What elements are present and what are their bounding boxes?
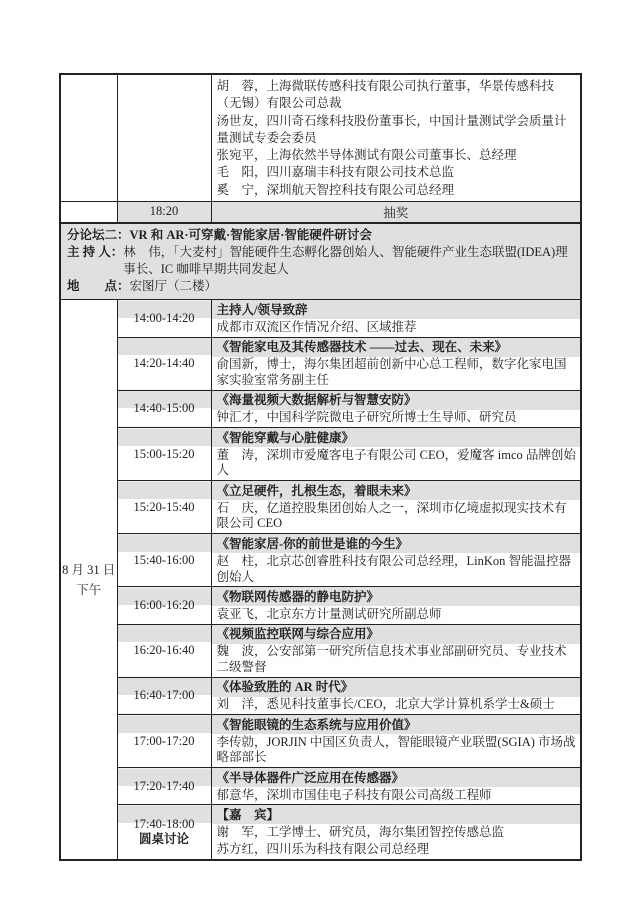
session-time: 14:40-15:00 [120,401,209,416]
session-title: 《半导体器件广泛应用在传感器》 [212,768,581,787]
session-content-cell: 《智能家电及其传感器技术 ——过去、现在、未来》俞国新，博士，海尔集团超前创新中… [211,337,581,390]
carryover-speakers-cell: 胡 蓉，上海微联传感科技有限公司执行董事，华景传感科技（无锡）有限公司总裁汤世友… [211,74,581,202]
session-speaker-line: 成都市双流区作情况介绍、区域推荐 [212,319,581,336]
session-content-cell: 《海量视频大数据解析与智慧安防》钟汇才，中国科学院微电子研究所博士生导师、研究员 [211,390,581,427]
session-speaker-line: 魏 波，公安部第一研究所信息技术事业部副研究员、专业技术二级警督 [212,644,581,677]
forum-title-label: 分论坛二： [67,227,130,244]
date-cell: 8 月 31 日下午 [60,300,117,860]
session-title: 【嘉 宾】 [212,805,581,824]
lottery-label: 抽奖 [211,202,581,223]
session-row: 17:40-18:00圆桌讨论【嘉 宾】谢 军，工学博士、研究员，海尔集团智控传… [60,805,581,860]
session-time: 15:40-16:00 [120,553,209,568]
session-row: 8 月 31 日下午14:00-14:20主持人/领导致辞成都市双流区作情况介绍… [60,300,581,337]
session-content-cell: 《体验致胜的 AR 时代》刘 洋，悉见科技董事长/CEO，北京大学计算机系学士&… [211,677,581,714]
session-content-cell: 《智能穿戴与心脏健康》董 涛，深圳市爱魔客电子有限公司 CEO，爱魔客 imco… [211,428,581,481]
session-title: 《海量视频大数据解析与智慧安防》 [212,391,581,410]
agenda-table: 胡 蓉，上海微联传感科技有限公司执行董事，华景传感科技（无锡）有限公司总裁汤世友… [59,73,582,861]
session-content-cell: 主持人/领导致辞成都市双流区作情况介绍、区域推荐 [211,300,581,337]
session-speaker-line: 苏方红，四川乐为科技有限公司总经理 [212,842,581,859]
forum-venue-line: 地 点： 宏图厅（二楼） [67,278,575,295]
session-time: 15:00-15:20 [120,447,209,462]
lottery-row: 18:20 抽奖 [60,202,581,223]
forum-host-text: 林 伟，「大麦村」智能硬件生态孵化器创始人、智能硬件产业生态联盟(IDEA)理事… [123,244,575,278]
session-time: 17:40-18:00 [120,817,209,832]
session-row: 15:20-15:40《立足硬件，扎根生态，着眼未来》石 庆，亿道控股集团创始人… [60,481,581,534]
session-title: 《智能眼镜的生态系统与应用价值》 [212,715,581,734]
forum-title-line: 分论坛二： VR 和 AR·可穿戴·智能家居·智能硬件研讨会 [67,227,575,244]
session-time: 15:20-15:40 [120,500,209,515]
session-title: 《物联网传感器的静电防护》 [212,587,581,606]
session-row: 17:00-17:20《智能眼镜的生态系统与应用价值》李传勍，JORJIN 中国… [60,715,581,768]
session-speaker-line: 董 涛，深圳市爱魔客电子有限公司 CEO，爱魔客 imco 品牌创始人 [212,447,581,480]
session-time-cell: 16:20-16:40 [117,624,211,677]
session-title: 主持人/领导致辞 [212,300,581,319]
session-speaker-line: 俞国新，博士，海尔集团超前创新中心总工程师，数字化家电国家实验室常务副主任 [212,357,581,390]
session-row: 16:00-16:20《物联网传感器的静电防护》袁亚飞，北京东方计量测试研究所副… [60,587,581,624]
session-content-cell: 《智能家居-你的前世是谁的今生》赵 柱，北京芯创睿胜科技有限公司总经理，LinK… [211,534,581,587]
session-time: 17:20-17:40 [120,779,209,794]
session-speaker-line: 刘 洋，悉见科技董事长/CEO，北京大学计算机系学士&硕士 [212,697,581,714]
session-time: 14:00-14:20 [120,311,209,326]
session-content-cell: 《视频监控联网与综合应用》魏 波，公安部第一研究所信息技术事业部副研究员、专业技… [211,624,581,677]
carryover-date-cell [60,74,117,202]
session-row: 17:20-17:40《半导体器件广泛应用在传感器》郁意华，深圳市国佳电子科技有… [60,768,581,805]
forum-host-line: 主 持 人： 林 伟，「大麦村」智能硬件生态孵化器创始人、智能硬件产业生态联盟(… [67,244,575,278]
forum-venue-text: 宏图厅（二楼） [130,278,575,295]
session-time: 16:20-16:40 [120,643,209,658]
lottery-date-cell [60,202,117,223]
session-time: 16:00-16:20 [120,598,209,613]
session-content-cell: 《立足硬件，扎根生态，着眼未来》石 庆，亿道控股集团创始人之一，深圳市亿境虚拟现… [211,481,581,534]
session-time: 16:40-17:00 [120,688,209,703]
session-row: 14:20-14:40《智能家电及其传感器技术 ——过去、现在、未来》俞国新，博… [60,337,581,390]
session-title: 《体验致胜的 AR 时代》 [212,678,581,697]
carryover-speaker-line: 奚 宁，深圳航天智控科技有限公司总经理 [217,182,577,199]
carryover-time-cell [117,74,211,202]
session-title: 《智能家居-你的前世是谁的今生》 [212,534,581,553]
session-row: 15:00-15:20《智能穿戴与心脏健康》董 涛，深圳市爱魔客电子有限公司 C… [60,428,581,481]
session-speaker-line: 李传勍，JORJIN 中国区负责人，智能眼镜产业联盟(SGIA) 市场战略部部长 [212,734,581,767]
session-row: 14:40-15:00《海量视频大数据解析与智慧安防》钟汇才，中国科学院微电子研… [60,390,581,427]
session-speaker-line: 袁亚飞，北京东方计量测试研究所副总师 [212,606,581,623]
carryover-speaker-line: 张宛平，上海依然半导体测试有限公司董事长、总经理 [217,147,577,164]
session-title: 《智能穿戴与心脏健康》 [212,428,581,447]
session-time-cell: 14:00-14:20 [117,300,211,337]
session-time-cell: 14:20-14:40 [117,337,211,390]
session-speaker-line: 赵 柱，北京芯创睿胜科技有限公司总经理，LinKon 智能温控器创始人 [212,553,581,586]
carryover-speaker-line: 胡 蓉，上海微联传感科技有限公司执行董事，华景传感科技（无锡）有限公司总裁 [217,78,577,113]
forum-header-row: 分论坛二： VR 和 AR·可穿戴·智能家居·智能硬件研讨会 主 持 人： 林 … [60,223,581,300]
session-time-cell: 15:20-15:40 [117,481,211,534]
carryover-row: 胡 蓉，上海微联传感科技有限公司执行董事，华景传感科技（无锡）有限公司总裁汤世友… [60,74,581,202]
session-time-note: 圆桌讨论 [120,832,209,847]
session-content-cell: 《半导体器件广泛应用在传感器》郁意华，深圳市国佳电子科技有限公司高级工程师 [211,768,581,805]
session-content-cell: 【嘉 宾】谢 军，工学博士、研究员，海尔集团智控传感总监苏方红，四川乐为科技有限… [211,805,581,860]
session-time-cell: 17:20-17:40 [117,768,211,805]
date-cell-line2: 下午 [61,580,117,600]
session-row: 16:40-17:00《体验致胜的 AR 时代》刘 洋，悉见科技董事长/CEO，… [60,677,581,714]
lottery-time: 18:20 [117,202,211,223]
session-time-cell: 16:00-16:20 [117,587,211,624]
session-speaker-line: 谢 军，工学博士、研究员，海尔集团智控传感总监 [212,824,581,841]
session-time-cell: 17:40-18:00圆桌讨论 [117,805,211,860]
session-time-cell: 15:00-15:20 [117,428,211,481]
session-speaker-line: 石 庆，亿道控股集团创始人之一，深圳市亿境虚拟现实技术有限公司 CEO [212,500,581,533]
forum-header-cell: 分论坛二： VR 和 AR·可穿戴·智能家居·智能硬件研讨会 主 持 人： 林 … [60,223,581,300]
session-speaker-line: 郁意华，深圳市国佳电子科技有限公司高级工程师 [212,787,581,804]
session-row: 16:20-16:40《视频监控联网与综合应用》魏 波，公安部第一研究所信息技术… [60,624,581,677]
session-speaker-line: 钟汇才，中国科学院微电子研究所博士生导师、研究员 [212,410,581,427]
session-row: 15:40-16:00《智能家居-你的前世是谁的今生》赵 柱，北京芯创睿胜科技有… [60,534,581,587]
document-page: 胡 蓉，上海微联传感科技有限公司执行董事，华景传感科技（无锡）有限公司总裁汤世友… [0,0,640,905]
carryover-speaker-line: 毛 阳，四川嘉瑞丰科技有限公司技术总监 [217,164,577,181]
session-content-cell: 《物联网传感器的静电防护》袁亚飞，北京东方计量测试研究所副总师 [211,587,581,624]
session-time-cell: 14:40-15:00 [117,390,211,427]
date-cell-line1: 8 月 31 日 [61,560,117,580]
session-content-cell: 《智能眼镜的生态系统与应用价值》李传勍，JORJIN 中国区负责人，智能眼镜产业… [211,715,581,768]
session-title: 《视频监控联网与综合应用》 [212,625,581,644]
session-time-cell: 16:40-17:00 [117,677,211,714]
session-title: 《立足硬件，扎根生态，着眼未来》 [212,481,581,500]
session-time: 14:20-14:40 [120,356,209,371]
session-time-cell: 17:00-17:20 [117,715,211,768]
session-time-cell: 15:40-16:00 [117,534,211,587]
session-time: 17:00-17:20 [120,734,209,749]
forum-venue-label: 地 点： [67,278,130,295]
session-title: 《智能家电及其传感器技术 ——过去、现在、未来》 [212,338,581,357]
forum-host-label: 主 持 人： [67,244,123,261]
carryover-speaker-line: 汤世友，四川奇石缘科技股份董事长，中国计量测试学会质量计量测试专委会委员 [217,113,577,148]
forum-title-text: VR 和 AR·可穿戴·智能家居·智能硬件研讨会 [130,227,575,244]
